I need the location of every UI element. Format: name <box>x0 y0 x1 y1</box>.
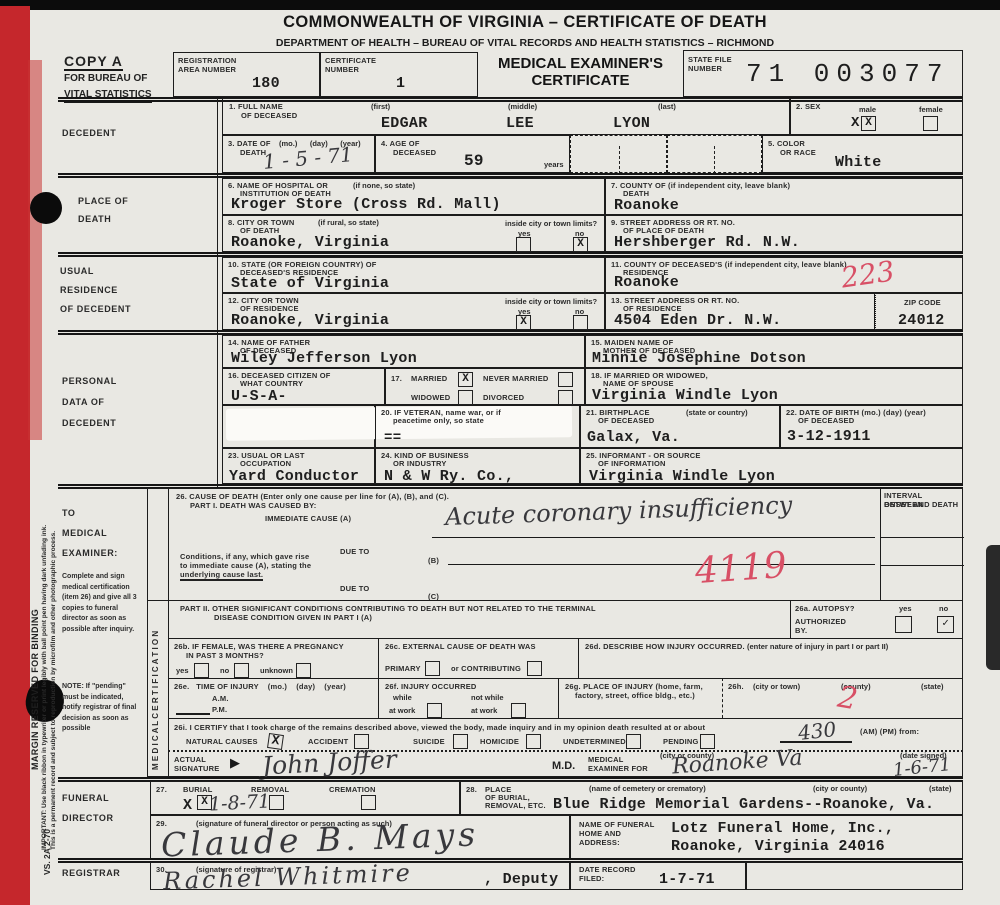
field-24-industry: 24. KIND OF BUSINESS OR INDUSTRY N & W R… <box>375 448 580 484</box>
field-26a-no-checkbox: ✓ <box>937 616 954 633</box>
field-26b-pregnancy: 26b. IF FEMALE, WAS THERE A PREGNANCY IN… <box>168 638 378 678</box>
copy-a-title: COPY A <box>64 53 123 71</box>
cause-homicide-label: HOMICIDE <box>480 737 519 746</box>
part2-label-2: DISEASE CONDITION GIVEN IN PART I (A) <box>214 613 372 622</box>
field-1-full-name: 1. FULL NAME OF DECEASED (first) (middle… <box>222 98 790 135</box>
funeral-home-value-2: Roanoke, Virginia 24016 <box>671 838 885 855</box>
field-5-label2: OR RACE <box>780 148 816 157</box>
field-13-zip: ZIP CODE 24012 <box>875 293 963 330</box>
registration-area-value: 180 <box>252 75 280 92</box>
field-10-state-residence: 10. STATE (OR FOREIGN COUNTRY) OF DECEAS… <box>222 257 605 293</box>
sidebar-to-medical-2: MEDICAL <box>62 528 107 538</box>
field-14-value: Wiley Jefferson Lyon <box>231 350 417 367</box>
medical-examiner-for-1: MEDICAL <box>588 755 624 764</box>
cause-suicide-checkbox <box>453 734 468 749</box>
field-17-marital-status: 17. MARRIED X NEVER MARRIED WIDOWED DIVO… <box>385 368 585 405</box>
funeral-home-value-1: Lotz Funeral Home, Inc., <box>671 820 894 837</box>
field-26c-contributing-checkbox <box>527 661 542 676</box>
field-1-last-hint: (last) <box>658 102 676 111</box>
certificate-number-value: 1 <box>396 75 405 92</box>
field-29-funeral-director: 29. (signature of funeral director or pe… <box>150 815 570 860</box>
sidebar-personal-2: DATA OF <box>62 397 105 407</box>
sidebar-funeral-2: DIRECTOR <box>62 813 114 823</box>
state-file-label1: STATE FILE <box>688 55 732 64</box>
field-1-middle-value: LEE <box>506 115 534 132</box>
field-26h-city-hint: (city or town) <box>753 682 800 691</box>
if-under-1-day-box <box>667 135 762 173</box>
field-26b-label2: IN PAST 3 MONTHS? <box>186 651 264 660</box>
certificate-number-label: CERTIFICATE NUMBER <box>325 56 376 75</box>
field-26a-label: 26a. AUTOPSY? <box>795 604 855 613</box>
field-13-street-residence: 13. STREET ADDRESS OR RT. NO. OF RESIDEN… <box>605 293 875 330</box>
field-21-hint: (state or country) <box>686 408 748 417</box>
field-30-date-filed: DATE RECORD FILED: 1-7-71 <box>570 862 746 890</box>
medical-examiner-for-2: EXAMINER FOR <box>588 764 648 773</box>
medical-examiner-title: MEDICAL EXAMINER'S CERTIFICATE <box>478 55 683 89</box>
md-label: M.D. <box>552 760 575 772</box>
field-1-first-hint: (first) <box>371 102 390 111</box>
sidebar-examiner-note: Complete and sign medical certification … <box>62 572 142 635</box>
field-4-age: 4. AGE OF DECEASED 59 years <box>375 135 570 173</box>
funeral-home-label-3: ADDRESS: <box>579 838 620 847</box>
field-2-label: 2. SEX <box>796 102 821 111</box>
state-file-box: STATE FILE NUMBER 71 003077 <box>683 50 963 97</box>
field-27-disposition: 27. BURIAL REMOVAL CREMATION X X 1-8-71 <box>150 781 460 815</box>
zip-code-value: 24012 <box>898 312 945 329</box>
field-12-city-residence: 12. CITY OR TOWN OF RESIDENCE Roanoke, V… <box>222 293 605 330</box>
field-22-date-of-birth: 22. DATE OF BIRTH (mo.) (day) (year) OF … <box>780 405 963 448</box>
field-6-hint: (if none, so state) <box>353 181 415 190</box>
cause-suicide-label: SUICIDE <box>413 737 445 746</box>
field-8-limits-label: inside city or town limits? <box>505 219 597 228</box>
medical-certification-vertical-label: M E D I C A L C E R T I F I C A T I O N <box>151 495 160 770</box>
sidebar-place-2: DEATH <box>78 214 111 224</box>
field-2-sex: 2. SEX male female X X <box>790 98 963 135</box>
field-18-spouse: 18. IF MARRIED OR WIDOWED, NAME OF SPOUS… <box>585 368 963 405</box>
sidebar-funeral-1: FUNERAL <box>62 793 109 803</box>
field-26d-how-injury: 26d. DESCRIBE HOW INJURY OCCURRED. (ente… <box>578 638 963 678</box>
sidebar-residence-2: RESIDENCE <box>60 285 118 295</box>
field-27-cremation-checkbox <box>361 795 376 810</box>
field-26h-red-mark: 2 <box>835 680 860 718</box>
field-10-value: State of Virginia <box>231 275 389 292</box>
field-26-immediate-cause-label: IMMEDIATE CAUSE (A) <box>265 514 351 523</box>
field-26b-yes-checkbox <box>194 663 209 678</box>
field-26f-at-work-1: at work <box>389 706 415 715</box>
field-30-registrar: 30. (signature of registrar) Rachel Whit… <box>150 862 570 890</box>
field-6-hospital: 6. NAME OF HOSPITAL OR (if none, so stat… <box>222 178 605 215</box>
field-18-value: Virginia Windle Lyon <box>592 387 778 404</box>
sidebar-residence-1: USUAL <box>60 266 94 276</box>
registration-area-label: REGISTRATION AREA NUMBER <box>178 56 237 75</box>
sidebar-to-medical-1: TO <box>62 508 76 518</box>
actual-signature-label-2: SIGNATURE <box>174 764 219 773</box>
field-26f-while: while <box>393 693 412 702</box>
cause-natural-label: NATURAL CAUSES <box>186 737 258 746</box>
field-27-typed-x: X <box>183 797 192 814</box>
zip-code-label: ZIP CODE <box>904 298 941 307</box>
field-20-label2: peacetime only, so state <box>393 416 484 425</box>
field-26a-authorized-2: BY. <box>795 626 807 635</box>
field-26a-autopsy: 26a. AUTOPSY? yes no AUTHORIZED BY. ✓ <box>790 600 963 638</box>
conditions-note-1: Conditions, if any, which gave rise <box>180 552 309 561</box>
field-26b-unknown-checkbox <box>296 663 311 678</box>
field-17-never-married-checkbox <box>558 372 573 387</box>
cause-b-writeline <box>448 530 875 565</box>
field-11-red-annotation: 223 <box>839 254 897 294</box>
field-26d-hint: (enter nature of injury in part I or par… <box>747 642 888 651</box>
signature-arrow-icon: ▶ <box>230 755 240 771</box>
date-filed-label-2: FILED: <box>579 874 604 883</box>
field-26b-yes-label: yes <box>176 666 189 675</box>
field-16-label2: WHAT COUNTRY <box>240 379 303 388</box>
field-26h-location: 26h. (city or town) (county) (state) 2 <box>722 678 963 718</box>
field-23-value: Yard Conductor <box>229 468 359 485</box>
field-16-citizen: 16. DECEASED CITIZEN OF WHAT COUNTRY U-S… <box>222 368 385 405</box>
field-26f-while-checkbox <box>427 703 442 718</box>
field-26c-contributing-label: or CONTRIBUTING <box>451 664 521 673</box>
field-12-limits-label: inside city or town limits? <box>505 297 597 306</box>
field-9-value: Hershberger Rd. N.W. <box>614 234 800 251</box>
date-filed-label-1: DATE RECORD <box>579 865 636 874</box>
field-17-divorced-label: DIVORCED <box>483 393 524 402</box>
field-23-occupation: 23. USUAL OR LAST OCCUPATION Yard Conduc… <box>222 448 375 484</box>
field-26e-label: 26e. TIME OF INJURY (mo.) (day) (year) <box>174 682 346 691</box>
field-28-city-hint: (city or county) <box>813 784 867 793</box>
field-3-label1: 3. DATE OF <box>228 139 271 148</box>
margin-important-text-2: This is a permanent record and subject t… <box>50 230 57 850</box>
funeral-home-label-2: HOME AND <box>579 829 621 838</box>
field-8-yes-checkbox <box>516 237 531 252</box>
binding-red-stripe <box>0 6 30 905</box>
field-1-first-value: EDGAR <box>381 115 428 132</box>
field-17-widowed-checkbox <box>458 390 473 405</box>
field-5-label1: 5. COLOR <box>768 139 805 148</box>
field-3-value: 1 - 5 - 71 <box>262 142 354 174</box>
field-25-informant: 25. INFORMANT - OR SOURCE OF INFORMATION… <box>580 448 963 484</box>
field-2-male-checkbox: X <box>861 116 876 131</box>
field-17-num: 17. <box>391 374 402 383</box>
field-22-value: 3-12-1911 <box>787 428 871 445</box>
conditions-note-3: underlying cause last. <box>180 570 263 581</box>
field-26c-primary-checkbox <box>425 661 440 676</box>
sidebar-personal-1: PERSONAL <box>62 376 117 386</box>
form-left-double-border <box>217 98 220 488</box>
field-26e-am: A.M. <box>212 694 229 703</box>
field-26c-label: 26c. EXTERNAL CAUSE OF DEATH WAS <box>385 642 536 651</box>
field-27-date: 1-8-71 <box>208 790 270 815</box>
if-under-1-year-divider <box>619 146 620 174</box>
state-file-value: 71 003077 <box>746 59 949 89</box>
field-22-label2: OF DECEASED <box>798 416 854 425</box>
page-title: COMMONWEALTH OF VIRGINIA – CERTIFICATE O… <box>210 13 840 32</box>
cause-undetermined-checkbox <box>626 734 641 749</box>
sidebar-registrar: REGISTRAR <box>62 868 120 878</box>
field-26b-no-label: no <box>220 666 229 675</box>
red-code-4119: 4119 <box>694 545 788 592</box>
funeral-home-label-1: NAME OF FUNERAL <box>579 820 655 829</box>
field-26e-line <box>176 713 210 715</box>
sidebar-residence-3: OF DECEDENT <box>60 304 131 314</box>
field-26c-external-cause: 26c. EXTERNAL CAUSE OF DEATH WAS PRIMARY… <box>378 638 578 678</box>
medical-examiner-title-line2: CERTIFICATE <box>478 72 683 89</box>
actual-signature-label-1: ACTUAL <box>174 755 206 764</box>
cause-b-label: (B) <box>428 556 439 565</box>
hole-punch-top <box>30 192 62 224</box>
field-4-value: 59 <box>464 152 484 170</box>
field-2-male-label: male <box>859 105 876 114</box>
field-28-value: Blue Ridge Memorial Gardens--Roanoke, Va… <box>553 796 934 813</box>
field-23-label2: OCCUPATION <box>240 459 291 468</box>
margin-binding-text: MARGIN RESERVED FOR BINDING <box>30 330 40 770</box>
conditions-note-2: to immediate cause (A), stating the <box>180 561 311 570</box>
field-2-female-label: female <box>919 105 943 114</box>
field-26i-certify-row: 26i. I CERTIFY that I took charge of the… <box>168 718 963 750</box>
field-8-city-of-death: 8. CITY OR TOWN (if rural, so state) OF … <box>222 215 605 252</box>
sidebar-to-medical-3: EXAMINER: <box>62 548 118 558</box>
field-14-father: 14. NAME OF FATHER OF DECEASED Wiley Jef… <box>222 335 585 368</box>
field-17-married-label: MARRIED <box>411 374 447 383</box>
field-26i-certify-text: 26i. I CERTIFY that I took charge of the… <box>174 723 794 732</box>
field-26a-yes-label: yes <box>899 604 912 613</box>
field-17-widowed-label: WIDOWED <box>411 393 450 402</box>
field-7-county-of-death: 7. COUNTY OF (if independent city, leave… <box>605 178 963 215</box>
field-26b-label1: 26b. IF FEMALE, WAS THERE A PREGNANCY <box>174 642 344 651</box>
field-26g-place-of-injury: 26g. PLACE OF INJURY (home, farm, factor… <box>558 678 722 718</box>
field-26a-authorized-1: AUTHORIZED <box>795 617 846 626</box>
sidebar-pending-note: NOTE: If "pending" must be indicated, no… <box>62 682 142 735</box>
field-17-divorced-checkbox <box>558 390 573 405</box>
field-13-value: 4504 Eden Dr. N.W. <box>614 312 781 329</box>
margin-important-text-1: IMPORTANT: Use black ribbon in typewrite… <box>41 230 48 850</box>
sidebar-place-1: PLACE OF <box>78 196 128 206</box>
field-20-veteran: 20. IF VETERAN, name war, or if peacetim… <box>375 405 580 448</box>
field-28-state-hint: (state) <box>929 784 952 793</box>
field-1-label2: OF DECEASED <box>241 111 297 120</box>
field-26i-time-underline <box>780 741 852 743</box>
field-2-female-checkbox <box>923 116 938 131</box>
field-26a-no-label: no <box>939 604 948 613</box>
field-15-value: Minnie Josephine Dotson <box>592 350 806 367</box>
interval-column: INTERVAL BETWEEN ONSET AND DEATH <box>880 488 963 600</box>
field-30-empty-cell <box>746 862 963 890</box>
field-26f-label: 26f. INJURY OCCURRED <box>385 682 477 691</box>
field-17-married-checkbox: X <box>458 372 473 387</box>
field-7-value: Roanoke <box>614 197 679 214</box>
field-11-county-residence: 11. COUNTY OF DECEASED'S (if independent… <box>605 257 963 293</box>
cause-pending-label: PENDING <box>663 737 699 746</box>
certificate-number-box: CERTIFICATE NUMBER 1 <box>320 52 478 97</box>
field-28-cemetery-hint: (name of cemetery or crematory) <box>589 784 706 793</box>
field-9-street-of-death: 9. STREET ADDRESS OR RT. NO. OF PLACE OF… <box>605 215 963 252</box>
field-5-value: White <box>835 154 882 171</box>
interval-label-2: ONSET AND DEATH <box>884 500 958 509</box>
registration-area-box: REGISTRATION AREA NUMBER 180 <box>173 52 320 97</box>
field-27-num: 27. <box>156 785 167 794</box>
field-26g-label2: factory, street, office bldg., etc.) <box>575 691 695 700</box>
if-under-1-day-divider <box>714 146 715 174</box>
field-8-value: Roanoke, Virginia <box>231 234 389 251</box>
field-6-value: Kroger Store (Cross Rd. Mall) <box>231 196 501 213</box>
cause-natural-checkbox: X <box>267 733 284 750</box>
field-12-value: Roanoke, Virginia <box>231 312 389 329</box>
field-8-hint: (if rural, so state) <box>318 218 379 227</box>
field-28-label3: REMOVAL, ETC. <box>485 801 546 810</box>
field-26f-not-while: not while <box>471 693 504 702</box>
death-certificate-scan: MARGIN RESERVED FOR BINDING IMPORTANT: U… <box>0 0 1000 905</box>
field-26b-no-checkbox <box>234 663 249 678</box>
field-27-removal-checkbox <box>269 795 284 810</box>
field-26f-at-work-2: at work <box>471 706 497 715</box>
field-12-yes-checkbox: X <box>516 315 531 330</box>
field-21-value: Galax, Va. <box>587 429 680 446</box>
field-28-num: 28. <box>466 785 477 794</box>
field-26h-num: 26h. <box>728 682 744 691</box>
field-1-middle-hint: (middle) <box>508 102 537 111</box>
field-26h-state-hint: (state) <box>921 682 944 691</box>
field-26a-yes-checkbox <box>895 616 912 633</box>
field-17-never-married-label: NEVER MARRIED <box>483 374 549 383</box>
field-4-years-label: years <box>544 160 564 169</box>
if-under-1-year-box <box>570 135 667 173</box>
field-24-value: N & W Ry. Co., <box>384 468 514 485</box>
field-5-color-race: 5. COLOR OR RACE White <box>762 135 963 173</box>
copy-a-sub1: FOR BUREAU OF <box>64 73 174 84</box>
state-file-label2: NUMBER <box>688 64 722 73</box>
field-21-label2: OF DECEASED <box>598 416 654 425</box>
interval-line-b <box>881 565 964 566</box>
interval-line-a <box>881 537 964 538</box>
field-8-no-checkbox: X <box>573 237 588 252</box>
medical-examiner-title-line1: MEDICAL EXAMINER'S <box>478 55 683 72</box>
field-26c-primary-label: PRIMARY <box>385 664 421 673</box>
field-25-label2: OF INFORMATION <box>598 459 666 468</box>
field-12-no-checkbox <box>573 315 588 330</box>
cause-accident-label: ACCIDENT <box>308 737 348 746</box>
field-21-birthplace: 21. BIRTHPLACE (state or country) OF DEC… <box>580 405 780 448</box>
cause-due-to-1: DUE TO <box>340 547 369 556</box>
field-2-male-typed-x: X <box>851 115 860 131</box>
form-code: VS. 2A 2-70 <box>42 775 52 875</box>
scan-right-artifact <box>986 545 1000 670</box>
field-24-label2: OR INDUSTRY <box>393 459 447 468</box>
field-26-label1: 26. CAUSE OF DEATH (Enter only one cause… <box>176 492 449 501</box>
field-28-place-of-burial: 28. PLACE OF BURIAL, REMOVAL, ETC. (name… <box>460 781 963 815</box>
field-15-mother: 15. MAIDEN NAME OF MOTHER OF DECEASED Mi… <box>585 335 963 368</box>
scan-top-edge <box>0 0 1000 10</box>
field-25-value: Virginia Windle Lyon <box>589 468 775 485</box>
field-26b-unknown-label: unknown <box>260 666 293 675</box>
field-1-label1: 1. FULL NAME <box>229 102 283 111</box>
field-3-date-of-death: 3. DATE OF DEATH (mo.) (day) (year) 1 - … <box>222 135 375 173</box>
field-16-value: U-S-A- <box>231 388 287 405</box>
field-11-value: Roanoke <box>614 274 679 291</box>
cause-homicide-checkbox <box>526 734 541 749</box>
field-27-cremation-label: CREMATION <box>329 785 376 794</box>
field-4-label1: 4. AGE OF <box>381 139 420 148</box>
field-1-last-value: LYON <box>613 115 650 132</box>
sidebar-personal-3: DECEDENT <box>62 418 116 428</box>
field-4-label2: DECEASED <box>393 148 436 157</box>
field-20-value: == <box>384 430 401 446</box>
date-filed-value: 1-7-71 <box>659 871 715 888</box>
cause-due-to-2: DUE TO <box>340 584 369 593</box>
cause-pending-checkbox <box>700 734 715 749</box>
field-29-funeral-home: NAME OF FUNERAL HOME AND ADDRESS: Lotz F… <box>570 815 963 860</box>
field-26-label2: PART I. DEATH WAS CAUSED BY: <box>190 501 316 510</box>
field-26f-not-while-checkbox <box>511 703 526 718</box>
copy-a-block: COPY A FOR BUREAU OF VITAL STATISTICS <box>64 53 174 103</box>
field-26f-injury-occurred: 26f. INJURY OCCURRED while at work not w… <box>378 678 558 718</box>
field-26e-time-of-injury: 26e. TIME OF INJURY (mo.) (day) (year) A… <box>168 678 378 718</box>
field-26i-ampm: (AM) (PM) from: <box>860 727 919 736</box>
part2-label-1: PART II. OTHER SIGNIFICANT CONDITIONS CO… <box>180 604 596 613</box>
field-26e-pm: P.M. <box>212 705 227 714</box>
registrar-deputy: , Deputy <box>484 871 558 888</box>
page-subtitle: DEPARTMENT OF HEALTH – BUREAU OF VITAL R… <box>210 37 840 49</box>
sidebar-decedent: DECEDENT <box>62 128 116 138</box>
cause-undetermined-label: UNDETERMINED <box>563 737 626 746</box>
field-26d-label: 26d. DESCRIBE HOW INJURY OCCURRED. <box>585 642 745 651</box>
field-26g-label1: 26g. PLACE OF INJURY (home, farm, <box>565 682 703 691</box>
